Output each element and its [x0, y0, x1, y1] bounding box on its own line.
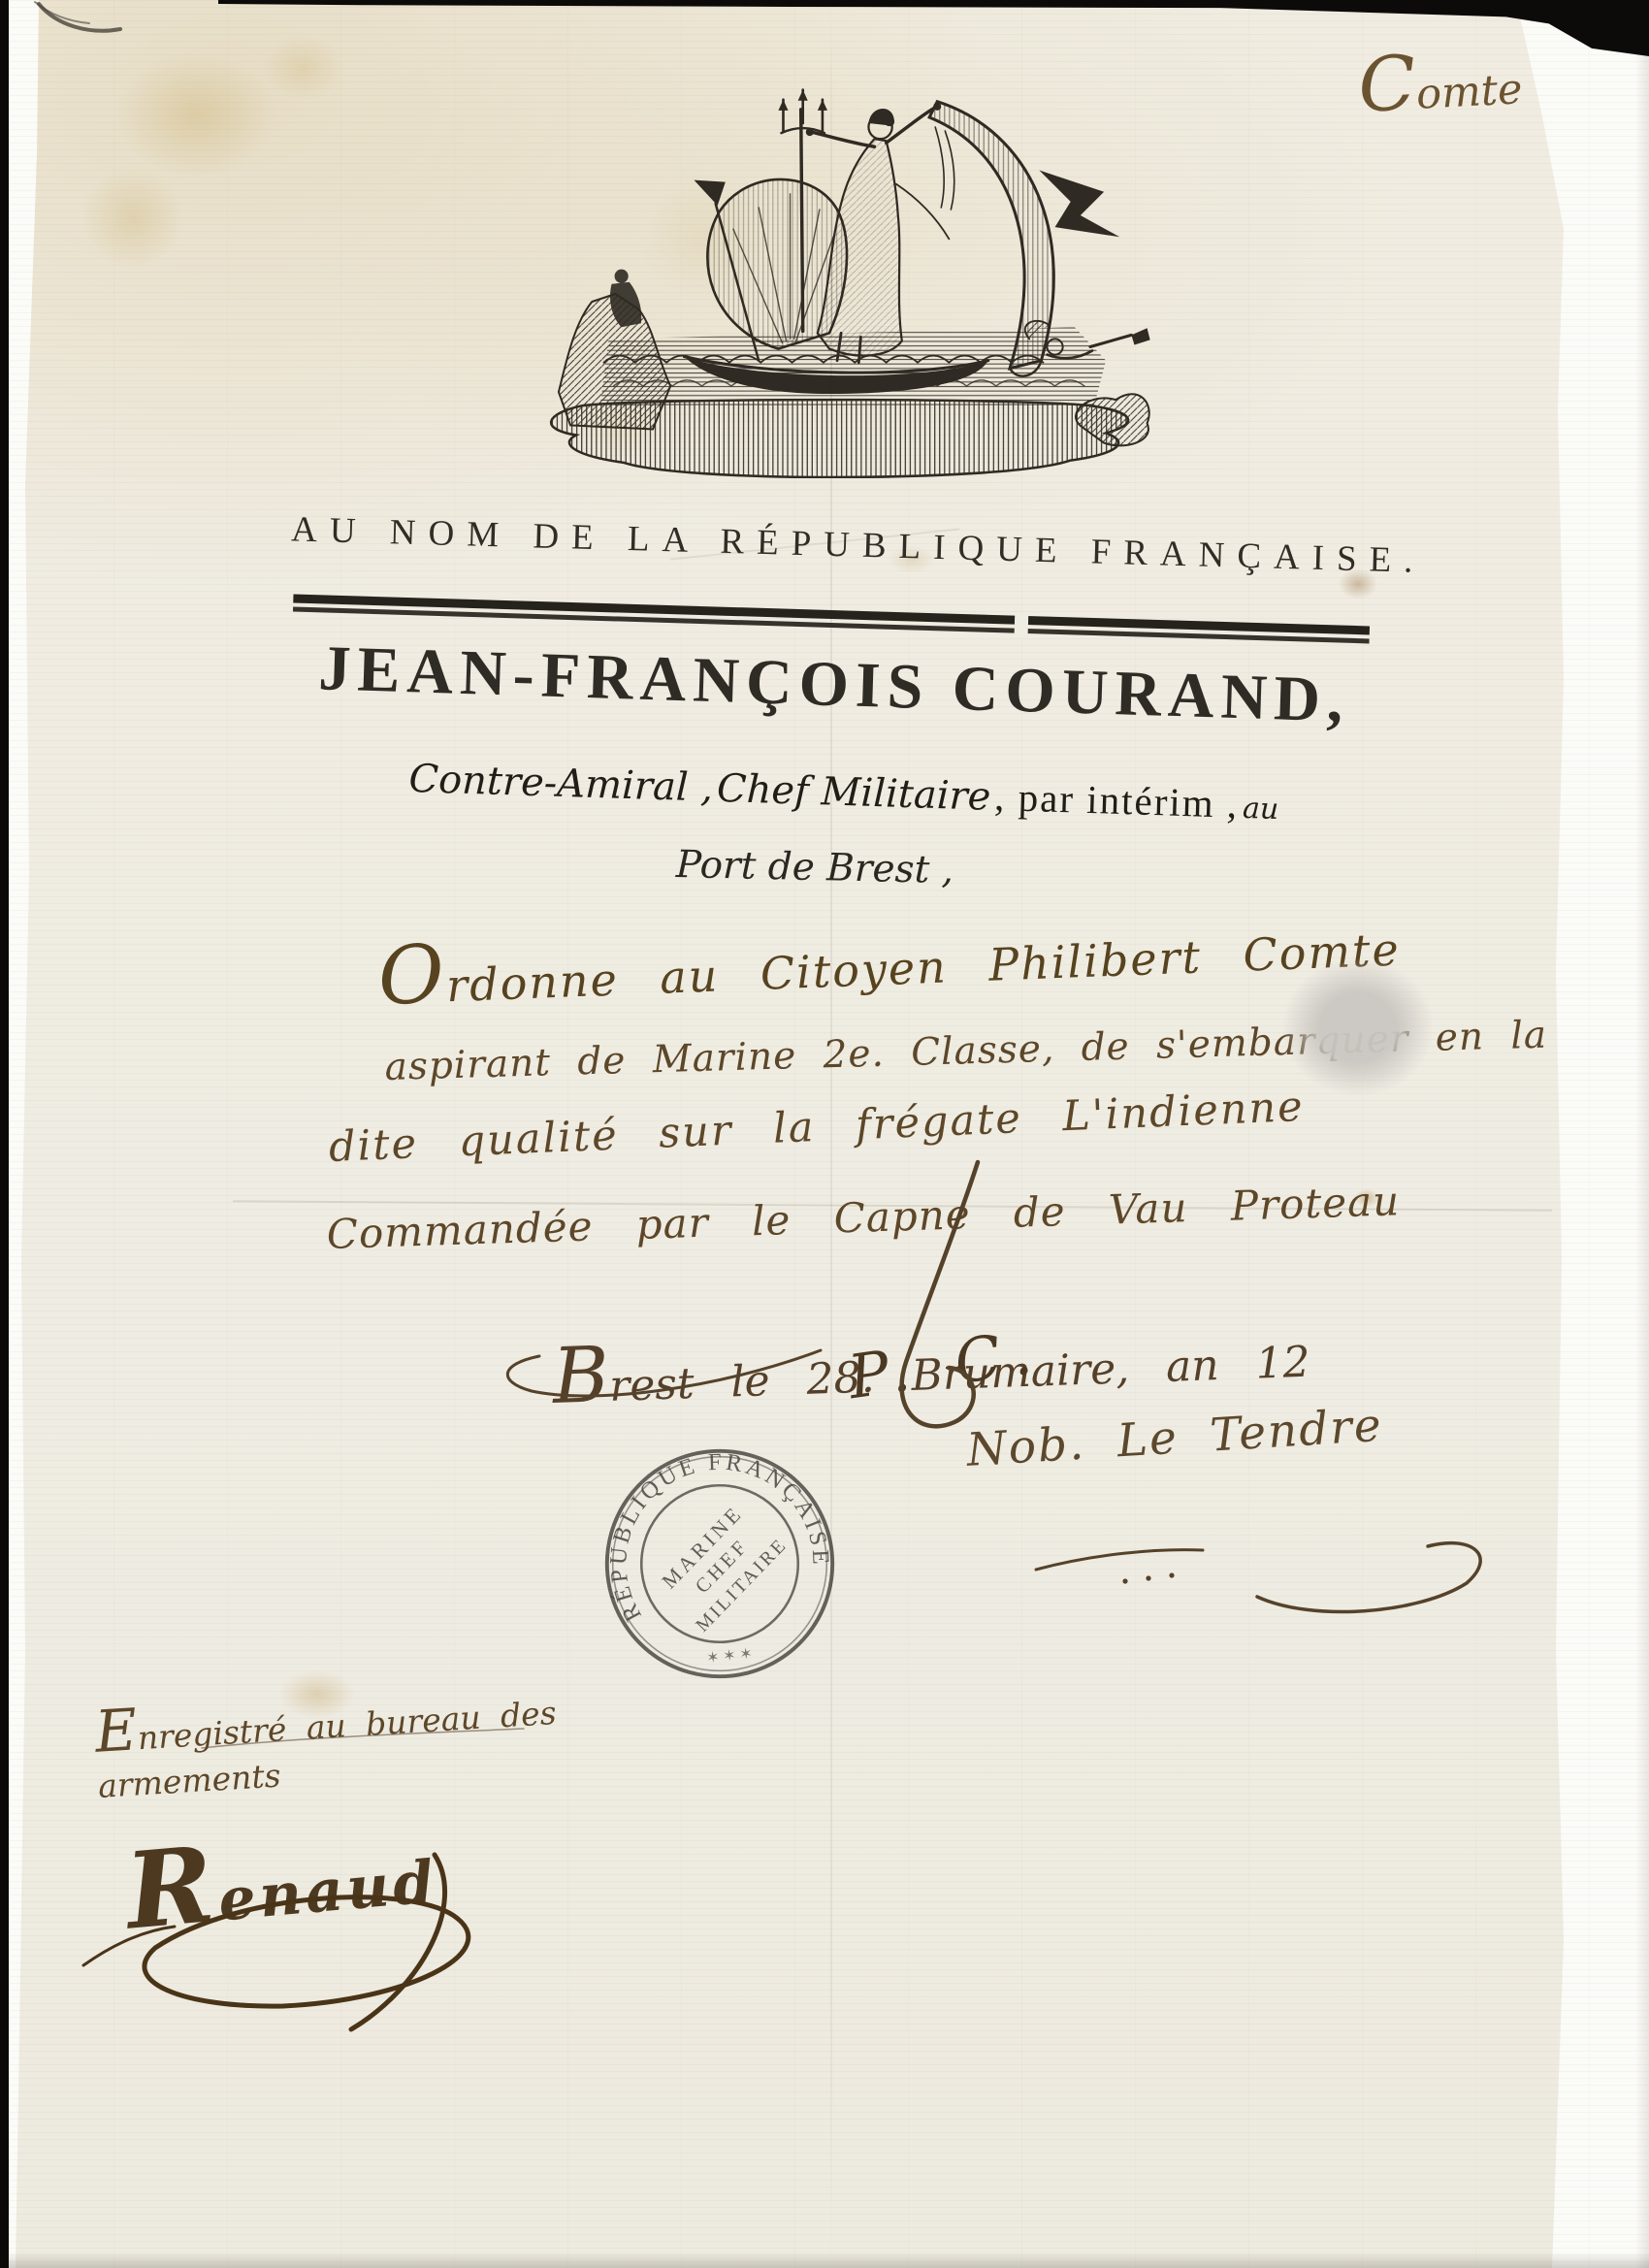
scanner-left-edge [0, 0, 9, 2268]
rule-break [1014, 614, 1028, 637]
republic-vignette-engraving [504, 37, 1154, 478]
title-chef-militaire: Chef Militaire [716, 766, 991, 820]
marine-ink-stamp: RÉPUBLIQUE FRANÇAISE ✶ ✶ ✶ MARINE CHEF M… [583, 1427, 856, 1700]
engraving-pennant [1039, 171, 1119, 238]
title-contre-amiral: Contre-Amiral , [408, 757, 714, 811]
stamp-decor-stars: ✶ ✶ ✶ [706, 1645, 754, 1667]
engraving-small-flag [694, 180, 725, 206]
scanned-document: AU NOM DE LA RÉPUBLIQUE FRANÇAISE. JEAN-… [0, 0, 1649, 2268]
engraving-trident [801, 110, 803, 332]
title-par-interim: , par intérim , [994, 774, 1240, 826]
top-right-annotation: Comte [1356, 34, 1524, 130]
title-au: au [1243, 792, 1279, 826]
